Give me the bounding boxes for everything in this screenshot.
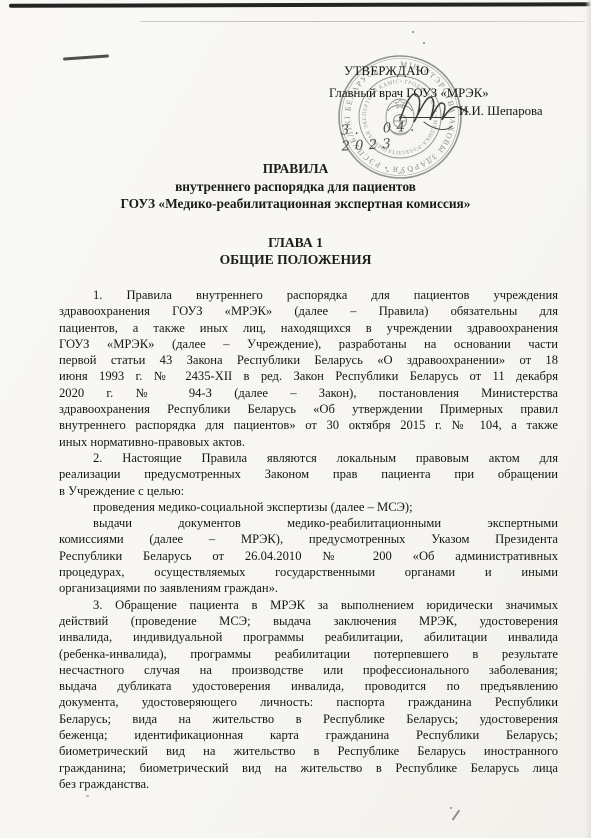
body-text: 1. Правила внутреннего распорядка для па… (59, 287, 558, 792)
pen-mark (63, 54, 109, 60)
text-line: 1. Правила внутреннего распорядка для па… (59, 287, 558, 303)
chapter-number: ГЛАВА 1 (46, 234, 545, 251)
title-line-3: ГОУЗ «Медико-реабилитационная экспертная… (46, 195, 545, 213)
text-line: документа, удостоверяющего личность: пас… (59, 694, 558, 710)
document-title: ПРАВИЛА внутреннего распорядка для пацие… (46, 160, 545, 213)
text-line: ГОУЗ «МРЭК» (далее – Учреждение), разраб… (59, 336, 558, 352)
paragraph: 2. Настоящие Правила являются локальным … (59, 450, 558, 499)
title-line-1: ПРАВИЛА (46, 160, 545, 178)
text-line: 3. Обращение пациента в МРЭК за выполнен… (59, 597, 558, 613)
text-line: Республики Беларусь от 26.04.2010 № 200 … (59, 548, 558, 564)
text-line: в Учреждение с целью: (59, 483, 558, 499)
text-line: внутреннего распорядка для пациентов» от… (59, 417, 558, 433)
text-line: здравоохранения Республики Беларусь «Об … (59, 401, 558, 417)
text-line: июня 1993 г. № 2435-XII в ред. Закон Рес… (59, 368, 558, 384)
document-page: МІНІСТЭРСТВА АХОВЫ ЗДАРОЎЯ • РЭСПУБЛІКІ … (0, 0, 591, 838)
text-line: здравоохранения ГОУЗ «МРЭК» (далее – Пра… (59, 303, 558, 319)
text-line: Беларусь; вида на жительство в Республик… (59, 711, 558, 727)
text-line: комиссиями (далее – МРЭК), предусмотренн… (59, 531, 558, 547)
text-line: биометрический вид на жительство в Респу… (59, 743, 558, 759)
text-line: несчастного случая на производстве или п… (59, 662, 558, 678)
title-line-2: внутреннего распорядка для пациентов (46, 178, 545, 196)
scan-faint-line (140, 21, 585, 22)
text-line: действий (проведение МСЭ; выдача заключе… (59, 613, 558, 629)
text-line: выдачи документов медико-реабилитационны… (59, 515, 558, 531)
text-line: выдача дубликата удостоверения инвалида,… (59, 678, 558, 694)
chapter-heading: ГЛАВА 1 ОБЩИЕ ПОЛОЖЕНИЯ (46, 234, 545, 268)
text-line: иных нормативно-правовых актов. (59, 434, 558, 450)
ink-speck (86, 795, 90, 798)
scan-border-top (9, 2, 591, 8)
page-edge-shadow (585, 0, 591, 838)
paragraph: 1. Правила внутреннего распорядка для па… (59, 287, 558, 450)
text-line: 2. Настоящие Правила являются локальным … (59, 450, 558, 466)
text-line: 2020 г. № 94-З (далее – Закон), постанов… (59, 385, 558, 401)
paragraph: проведения медико-социальной экспертизы … (59, 499, 558, 515)
text-line: первой статьи 43 Закона Республики Белар… (59, 352, 558, 368)
text-line: (ребенка-инвалида), программы реабилитац… (59, 646, 558, 662)
text-line: организациями по заявлениям граждан». (59, 580, 558, 596)
text-line: гражданина; биометрический вид на житель… (59, 760, 558, 776)
text-line: процедурах, осуществляемых государственн… (59, 564, 558, 580)
paragraph: выдачи документов медико-реабилитационны… (59, 515, 558, 596)
text-line: проведения медико-социальной экспертизы … (59, 499, 558, 515)
paragraph: 3. Обращение пациента в МРЭК за выполнен… (59, 597, 558, 793)
approve-label: УТВЕРЖДАЮ (344, 64, 429, 79)
text-line: реализации предусмотренных Законом прав … (59, 466, 558, 482)
text-line: пациентов, а также иных лиц, находящихся… (59, 320, 558, 336)
text-line: инвалида, индивидуальной программы реаби… (59, 629, 558, 645)
ink-speck (412, 31, 414, 33)
pen-mark (452, 810, 460, 821)
chapter-name: ОБЩИЕ ПОЛОЖЕНИЯ (46, 251, 545, 268)
ink-speck (423, 42, 425, 44)
ink-speck (450, 807, 452, 809)
text-line: без гражданства. (59, 776, 558, 792)
text-line: беженца; идентификационная карта граждан… (59, 727, 558, 743)
